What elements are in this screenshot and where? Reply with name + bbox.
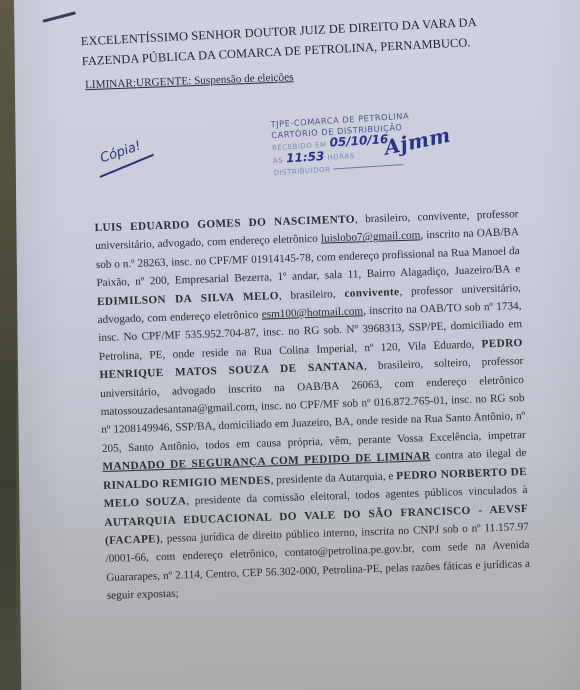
stamp-distributor-label: DISTRIBUIDOR xyxy=(273,166,330,178)
body-text: contra ato ilegal de xyxy=(430,447,526,462)
subject-line: LIMINAR:URGENTE: Suspensão de eleições xyxy=(85,71,294,91)
document-heading: EXCELENTÍSSIMO SENHOR DOUTOR JUIZ DE DIR… xyxy=(80,10,521,71)
bold-term: convivente xyxy=(344,286,399,300)
document-page: EXCELENTÍSSIMO SENHOR DOUTOR JUIZ DE DIR… xyxy=(14,0,580,690)
party-name: RINALDO REMIGIO MENDES xyxy=(103,474,271,492)
body-text: , brasileiro, xyxy=(279,288,345,302)
stamp-signature-line xyxy=(334,164,404,169)
background-surface xyxy=(0,0,16,690)
stamp-time-prefix: ÀS xyxy=(273,157,284,166)
email-link[interactable]: esm100@hotmail.com xyxy=(262,305,364,320)
petition-paragraph: LUIS EDUARDO GOMES DO NASCIMENTO, brasil… xyxy=(94,205,531,605)
party-name: EDIMILSON DA SILVA MELO xyxy=(97,290,279,308)
distribution-stamp: TJPE-COMARCA DE PETROLINA CARTÓRIO DE DI… xyxy=(270,109,443,180)
petition-body: LUIS EDUARDO GOMES DO NASCIMENTO, brasil… xyxy=(94,205,531,605)
body-text: , pessoa jurídica de direito público int… xyxy=(105,521,530,602)
stamp-time-suffix: HORAS xyxy=(327,152,355,162)
party-name: LUIS EDUARDO GOMES DO NASCIMENTO xyxy=(94,214,355,235)
pen-mark xyxy=(42,11,76,22)
stamp-time-value: 11:53 xyxy=(286,149,325,165)
email-link[interactable]: luislobo7@gmail.com xyxy=(321,230,421,245)
body-text: , presidente da Autarquia, e xyxy=(270,470,396,486)
